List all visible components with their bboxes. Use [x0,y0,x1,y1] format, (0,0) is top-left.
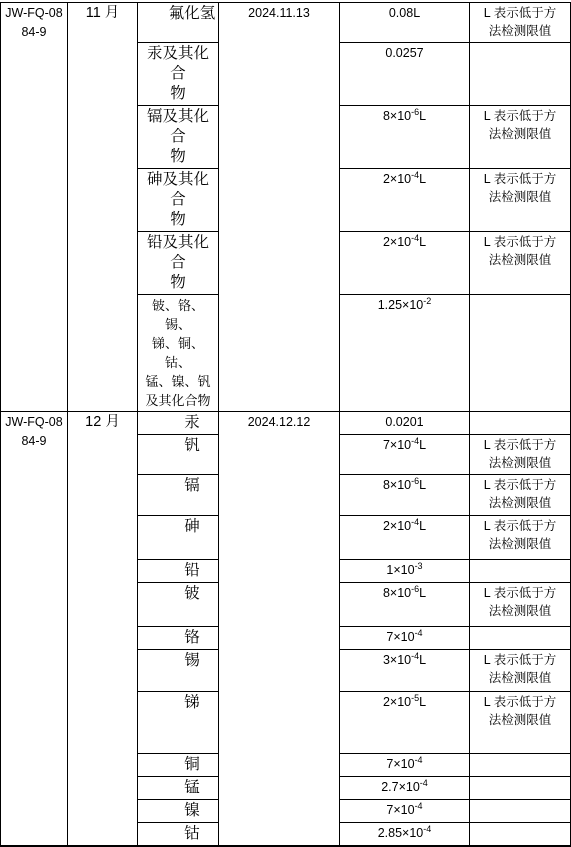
cell-value: 1.25×10-2 [340,295,470,412]
cell-value: 2×10-5L [340,692,470,754]
cell-chemical: 钴 [138,823,219,847]
cell-chemical: 镍 [138,800,219,823]
cell-note [470,754,571,777]
cell-chemical: 铅及其化合 物 [138,232,219,295]
cell-note [470,295,571,412]
value-suffix: L [419,695,426,709]
value-base: 2.85×10 [378,826,424,840]
cell-chemical: 钒 [138,435,219,475]
cell-value: 7×10-4 [340,800,470,823]
value-base: 1×10 [386,563,414,577]
cell-value: 8×10-6L [340,583,470,627]
value-suffix: L [419,519,426,533]
cell-sample-id: JW-FQ-08 84-9 [1,3,68,412]
document-page: JW-FQ-08 84-9 11 月 氟化氢 2024.11.13 0.08L … [0,0,571,723]
cell-note: L 表示低于方 法检测限值 [470,692,571,754]
value-exponent: -6 [411,584,419,594]
cell-note [470,43,571,106]
cell-chemical: 镉及其化合 物 [138,106,219,169]
cell-note [470,560,571,583]
value-base: 2×10 [383,235,411,249]
value-exponent: -6 [411,107,419,117]
cell-value: 8×10-6L [340,475,470,516]
value-exponent: -4 [415,628,423,638]
cell-chemical: 锡 [138,650,219,692]
cell-note [470,412,571,435]
value-base: 0.0257 [385,46,423,60]
cell-chemical: 锑 [138,692,219,754]
value-suffix: L [419,653,426,667]
value-base: 7×10 [386,757,414,771]
cell-note [470,800,571,823]
cell-value: 0.08L [340,3,470,43]
cell-value: 7×10-4 [340,627,470,650]
value-base: 2×10 [383,519,411,533]
value-base: 2×10 [383,695,411,709]
value-base: 1.25×10 [378,298,424,312]
value-base: 8×10 [383,109,411,123]
value-suffix: L [419,586,426,600]
cell-chemical: 锰 [138,777,219,800]
value-exponent: -2 [423,296,431,306]
value-base: 2×10 [383,172,411,186]
cell-value: 7×10-4 [340,754,470,777]
value-base: 0.0201 [385,415,423,429]
cell-note: L 表示低于方 法检测限值 [470,475,571,516]
cell-note: L 表示低于方 法检测限值 [470,583,571,627]
value-base: 8×10 [383,586,411,600]
value-suffix: L [419,109,426,123]
cell-note: L 表示低于方 法检测限值 [470,650,571,692]
emission-monitoring-table: JW-FQ-08 84-9 11 月 氟化氢 2024.11.13 0.08L … [0,2,571,847]
cell-chemical: 汞 [138,412,219,435]
cell-month: 12 月 [68,412,138,847]
value-base: 3×10 [383,653,411,667]
value-base: 7×10 [383,438,411,452]
value-exponent: -4 [415,755,423,765]
cell-chemical: 镉 [138,475,219,516]
cell-value: 8×10-6L [340,106,470,169]
cell-chemical: 砷及其化合 物 [138,169,219,232]
value-exponent: -4 [423,824,431,834]
cell-note: L 表示低于方 法检测限值 [470,3,571,43]
value-exponent: -4 [411,517,419,527]
cell-value: 3×10-4L [340,650,470,692]
value-base: 2.7×10 [381,780,420,794]
cell-note [470,823,571,847]
cell-value: 2.7×10-4 [340,777,470,800]
cell-note [470,627,571,650]
cell-chemical: 铍、铬、锡、 锑、铜、钴、 锰、镍、钒 及其化合物 [138,295,219,412]
cell-note: L 表示低于方 法检测限值 [470,106,571,169]
cell-value: 1×10-3 [340,560,470,583]
cell-chemical: 砷 [138,516,219,560]
value-exponent: -6 [411,476,419,486]
cell-value: 2×10-4L [340,169,470,232]
cell-value: 0.0201 [340,412,470,435]
cell-note: L 表示低于方 法检测限值 [470,435,571,475]
value-exponent: -4 [411,170,419,180]
cell-note: L 表示低于方 法检测限值 [470,169,571,232]
value-exponent: -4 [411,233,419,243]
cell-value: 0.0257 [340,43,470,106]
cell-chemical: 汞及其化合 物 [138,43,219,106]
value-suffix: L [419,235,426,249]
cell-value: 2×10-4L [340,232,470,295]
cell-sample-id: JW-FQ-08 84-9 [1,412,68,847]
cell-date: 2024.11.13 [219,3,340,412]
cell-value: 7×10-4L [340,435,470,475]
cell-chemical: 氟化氢 [138,3,219,43]
cell-note [470,777,571,800]
value-base: 8×10 [383,478,411,492]
value-exponent: -4 [420,778,428,788]
cell-value: 2×10-4L [340,516,470,560]
value-suffix: L [419,438,426,452]
cell-chemical: 铅 [138,560,219,583]
value-exponent: -3 [415,561,423,571]
cell-note: L 表示低于方 法检测限值 [470,516,571,560]
value-suffix: L [419,478,426,492]
cell-date: 2024.12.12 [219,412,340,847]
value-base: 7×10 [386,803,414,817]
cell-month: 11 月 [68,3,138,412]
value-base: 0.08L [389,6,420,20]
cell-value: 2.85×10-4 [340,823,470,847]
cell-chemical: 铜 [138,754,219,777]
cell-chemical: 铍 [138,583,219,627]
value-exponent: -5 [411,693,419,703]
table-row: JW-FQ-08 84-9 12 月 汞 2024.12.12 0.0201 [1,412,571,435]
value-exponent: -4 [411,436,419,446]
table-row: JW-FQ-08 84-9 11 月 氟化氢 2024.11.13 0.08L … [1,3,571,43]
value-exponent: -4 [411,651,419,661]
value-suffix: L [419,172,426,186]
cell-note: L 表示低于方 法检测限值 [470,232,571,295]
value-base: 7×10 [386,630,414,644]
value-exponent: -4 [415,801,423,811]
cell-chemical: 铬 [138,627,219,650]
